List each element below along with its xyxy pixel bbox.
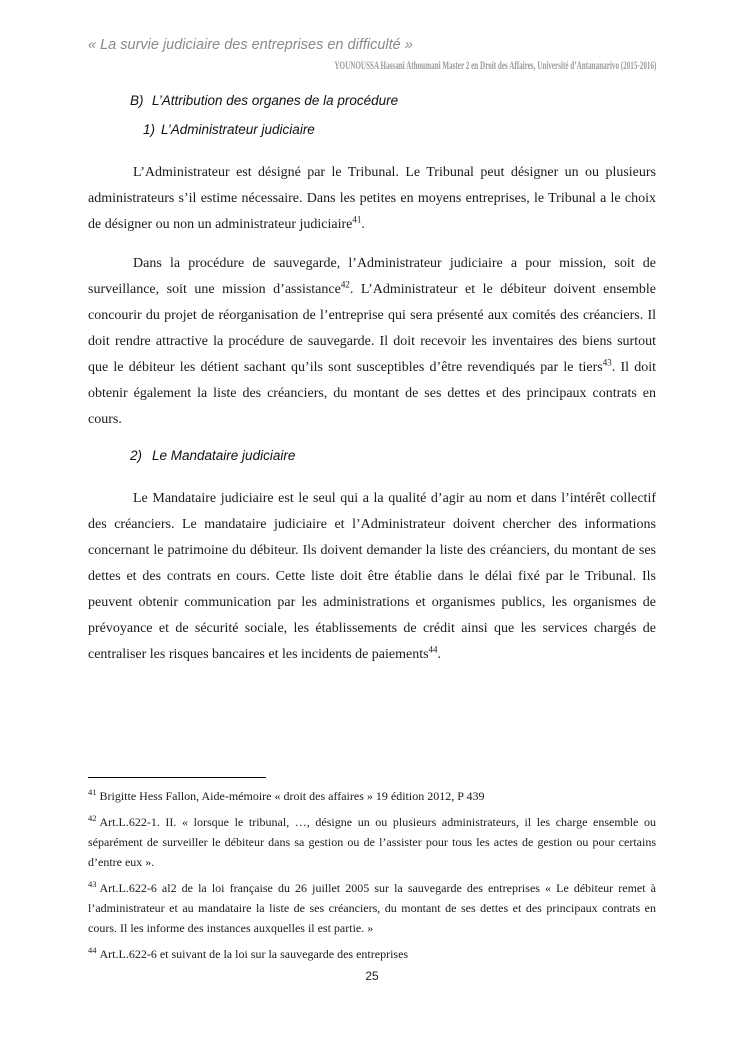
footnote: 41Brigitte Hess Fallon, Aide-mémoire « d…: [88, 786, 656, 806]
footnote-ref: 41: [352, 214, 361, 224]
footnote-separator-rule: [88, 777, 266, 778]
body-paragraph-3: Le Mandataire judiciaire est le seul qui…: [88, 486, 656, 668]
footnote-number: 41: [88, 787, 97, 797]
footnote: 43Art.L.622-6 al2 de la loi française du…: [88, 878, 656, 938]
running-header-title: « La survie judiciaire des entreprises e…: [88, 36, 656, 54]
subsection-heading-2-label: Le Mandataire judiciaire: [152, 448, 295, 463]
author-line: YOUNOUSSA Hassani Athoumani Master 2 en …: [334, 60, 656, 73]
body-paragraph-1: L’Administrateur est désigné par le Trib…: [88, 160, 656, 238]
footnotes-section: 41Brigitte Hess Fallon, Aide-mémoire « d…: [88, 777, 656, 970]
footnote-number: 44: [88, 945, 97, 955]
page-number: 25: [0, 969, 744, 983]
body-paragraph-2: Dans la procédure de sauvegarde, l’Admin…: [88, 251, 656, 433]
document-page: « La survie judiciaire des entreprises e…: [0, 0, 744, 1053]
footnotes-list: 41Brigitte Hess Fallon, Aide-mémoire « d…: [88, 786, 656, 964]
subsection-heading-2: 2)Le Mandataire judiciaire: [130, 447, 656, 465]
footnote-number: 43: [88, 879, 97, 889]
author-row: YOUNOUSSA Hassani Athoumani Master 2 en …: [88, 58, 656, 71]
page-header: « La survie judiciaire des entreprises e…: [88, 36, 656, 71]
subsection-heading-1: 1)L’Administrateur judiciaire: [143, 121, 656, 139]
footnote: 42Art.L.622-1. II. « lorsque le tribunal…: [88, 812, 656, 872]
section-heading-b-label: L’Attribution des organes de la procédur…: [152, 93, 398, 108]
footnote-number: 42: [88, 813, 97, 823]
section-heading-b-number: B): [130, 92, 152, 110]
footnote-ref: 44: [429, 644, 438, 654]
footnote-ref: 43: [603, 357, 612, 367]
subsection-heading-2-number: 2): [130, 447, 152, 465]
section-heading-b: B)L’Attribution des organes de la procéd…: [130, 92, 656, 110]
footnote-ref: 42: [341, 279, 350, 289]
footnote: 44Art.L.622-6 et suivant de la loi sur l…: [88, 944, 656, 964]
subsection-heading-1-number: 1): [143, 121, 161, 139]
subsection-heading-1-label: L’Administrateur judiciaire: [161, 122, 315, 137]
